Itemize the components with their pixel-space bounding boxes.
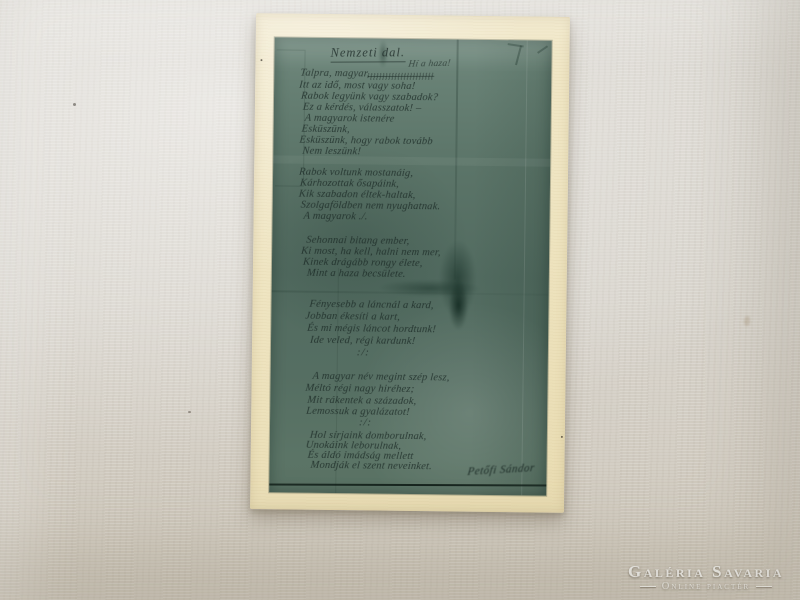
ink-blotch — [431, 219, 484, 328]
poem-line: Mint a haza becsülete. — [306, 268, 406, 280]
fold-crease — [454, 40, 459, 280]
signature: Petőfi Sándor — [467, 462, 536, 478]
fold-crease — [272, 290, 549, 295]
refrain-mark: :/: — [359, 417, 373, 428]
fabric-speck — [73, 103, 76, 106]
refrain-mark: :/: — [356, 347, 370, 358]
watermark-brand: Galéria Savaria — [628, 562, 784, 582]
fabric-stain — [744, 316, 750, 326]
poem-line: Talpra, magyar, — [300, 68, 370, 80]
poem-line: És mi mégis láncot hordtunk! — [307, 323, 437, 336]
struck-words — [368, 73, 434, 80]
poem-line: A magyarok ./. — [303, 211, 368, 223]
card-speck — [260, 59, 262, 61]
watermark: Galéria Savaria Online piactér — [628, 562, 784, 592]
poem-correction: Hí a haza! — [408, 59, 451, 70]
ink-blotch — [445, 272, 472, 338]
poem-line: Mondják el szent neveinket. — [310, 460, 432, 472]
poem-line: Ide veled, régi kardunk! — [310, 335, 416, 347]
corner-mark — [537, 45, 548, 53]
poem-title: Nemzeti dal. — [331, 45, 406, 62]
poem-line: Nem leszünk! — [302, 146, 362, 158]
photo-scene: Nemzeti dal. Hí a haza! Talpra, magyar, … — [0, 0, 800, 600]
poem-line: Esküszünk, — [301, 124, 350, 136]
manuscript-print: Nemzeti dal. Hí a haza! Talpra, magyar, … — [269, 37, 552, 495]
bottom-rule — [269, 483, 551, 486]
watermark-tagline: Online piactér — [662, 581, 750, 592]
dash-left — [640, 586, 656, 587]
ink-smear — [364, 276, 496, 300]
corner-mark — [515, 45, 522, 65]
dash-right — [756, 586, 772, 587]
fold-crease — [521, 40, 528, 495]
postcard: Nemzeti dal. Hí a haza! Talpra, magyar, … — [250, 13, 570, 513]
poem-line: Fényesebb a láncnál a kard, — [309, 299, 434, 312]
poem-line: Lemossuk a gyalázatot! — [306, 406, 410, 418]
poem-line: Jobban ékesíti a kart, — [305, 311, 401, 323]
poem-line: A magyar név megint szép lesz, — [312, 371, 450, 384]
poem-line: Méltó régi nagy hiréhez; — [305, 383, 415, 395]
card-speck — [561, 436, 563, 438]
fold-crease — [273, 155, 550, 166]
watermark-tagline-row: Online piactér — [628, 581, 784, 592]
fabric-speck — [188, 411, 191, 413]
